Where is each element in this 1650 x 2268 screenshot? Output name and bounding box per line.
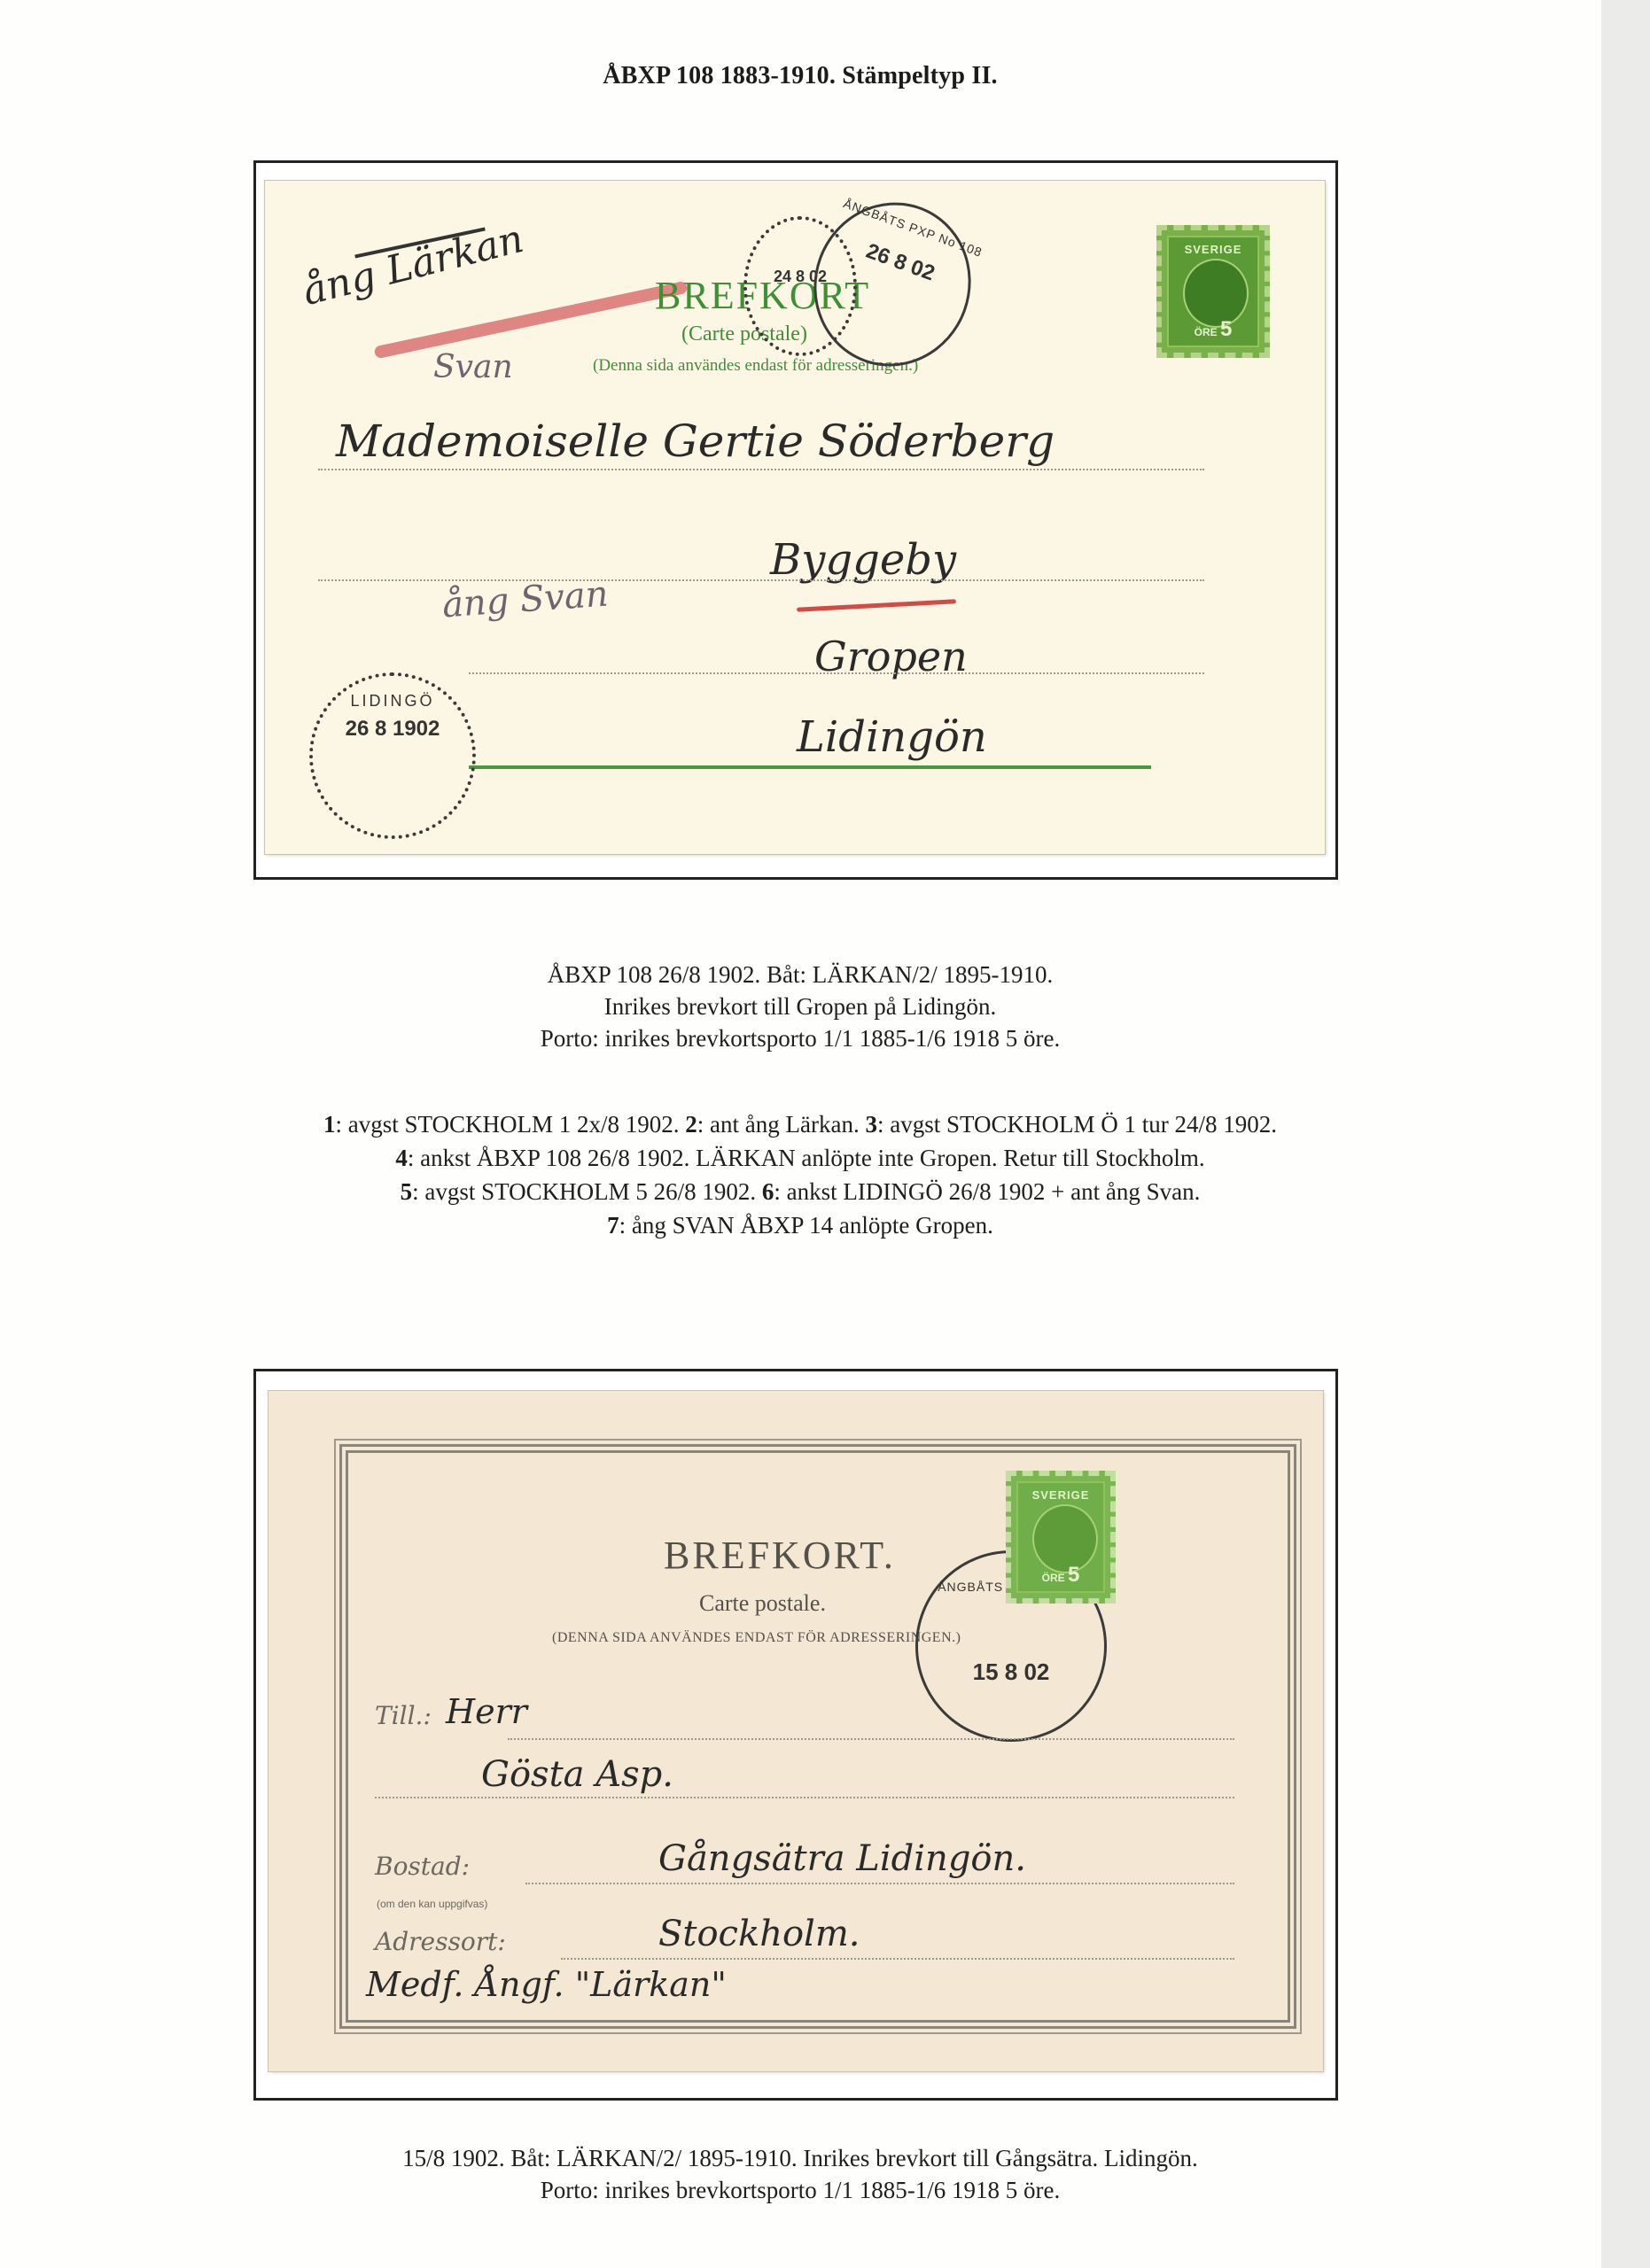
caption-card-1: ÅBXP 108 26/8 1902. Båt: LÄRKAN/2/ 1895-… bbox=[0, 959, 1600, 1054]
notes-line-1: 1: avgst STOCKHOLM 1 2x/8 1902. 2: ant å… bbox=[0, 1107, 1600, 1141]
label-bostad-note: (om den kan uppgifvas) bbox=[377, 1898, 487, 1910]
address-island: Lidingön bbox=[797, 712, 987, 762]
addressee-title: Herr bbox=[446, 1692, 527, 1731]
brefkort-heading-2: BREFKORT. bbox=[664, 1533, 896, 1578]
caption-card-2: 15/8 1902. Båt: LÄRKAN/2/ 1895-1910. Inr… bbox=[0, 2142, 1600, 2206]
address-line-name bbox=[375, 1797, 1234, 1798]
page-title: ÅBXP 108 1883-1910. Stämpeltyp II. bbox=[0, 62, 1600, 90]
caption-2-line-1: 15/8 1902. Båt: LÄRKAN/2/ 1895-1910. Inr… bbox=[0, 2142, 1600, 2174]
addressee-name: Gösta Asp. bbox=[481, 1754, 673, 1795]
pencil-routing-note: ång Svan bbox=[441, 574, 610, 626]
postcard-2: BREFKORT. Carte postale. (DENNA SIDA ANV… bbox=[269, 1391, 1323, 2071]
caption-2-line-2: Porto: inrikes brevkortsporto 1/1 1885-1… bbox=[0, 2174, 1600, 2206]
postcard-1: ång Lärkan Svan BREFKORT (Carte postale)… bbox=[265, 181, 1325, 854]
postmark-lidingo: LIDINGÖ 26 8 1902 bbox=[309, 672, 476, 839]
address-line-2 bbox=[318, 579, 1204, 581]
address-line-3 bbox=[469, 672, 1204, 674]
address-line-till bbox=[508, 1738, 1234, 1740]
label-adressort: Adressort: bbox=[375, 1927, 506, 1956]
caption-1-line-2: Inrikes brevkort till Gropen på Lidingön… bbox=[0, 990, 1600, 1022]
routing-note: Medf. Ångf. "Lärkan" bbox=[366, 1965, 727, 2004]
bostad-value: Gångsätra Lidingön. bbox=[658, 1838, 1026, 1879]
address-line-bostad bbox=[525, 1883, 1234, 1884]
stamp-card1: SVERIGE ÖRE 5 bbox=[1156, 225, 1270, 358]
notes-line-2: 4: ankst ÅBXP 108 26/8 1902. LÄRKAN anlö… bbox=[0, 1141, 1600, 1175]
address-line-adressort bbox=[561, 1958, 1234, 1960]
caption-1-line-1: ÅBXP 108 26/8 1902. Båt: LÄRKAN/2/ 1895-… bbox=[0, 959, 1600, 990]
adressort-value: Stockholm. bbox=[658, 1914, 860, 1954]
scanner-edge bbox=[1601, 0, 1650, 2268]
caption-1-line-3: Porto: inrikes brevkortsporto 1/1 1885-1… bbox=[0, 1022, 1600, 1054]
red-underline bbox=[797, 599, 956, 611]
notes-line-3: 5: avgst STOCKHOLM 5 26/8 1902. 6: ankst… bbox=[0, 1175, 1600, 1208]
addressee: Mademoiselle Gertie Söderberg bbox=[336, 416, 1055, 467]
address-line-1 bbox=[318, 469, 1204, 470]
label-till: Till.: bbox=[375, 1701, 432, 1730]
notes-line-4: 7: ång SVAN ÅBXP 14 anlöpte Gropen. bbox=[0, 1208, 1600, 1242]
stamp-card2: SVERIGE ÖRE 5 bbox=[1006, 1471, 1116, 1604]
label-bostad: Bostad: bbox=[375, 1852, 470, 1881]
route-note-pencil: Svan bbox=[433, 349, 513, 385]
red-crayon-strike bbox=[373, 281, 688, 360]
address-village: Byggeby bbox=[770, 535, 956, 585]
green-rule bbox=[469, 765, 1151, 769]
address-side-note-2: (DENNA SIDA ANVÄNDES ENDAST FÖR ADRESSER… bbox=[552, 1630, 961, 1646]
album-frame-1: ång Lärkan Svan BREFKORT (Carte postale)… bbox=[253, 160, 1338, 880]
route-note-strike: ång Lärkan bbox=[299, 216, 528, 315]
album-frame-2: BREFKORT. Carte postale. (DENNA SIDA ANV… bbox=[253, 1369, 1338, 2101]
carte-postale-label-2: Carte postale. bbox=[699, 1590, 826, 1617]
postmark-notes: 1: avgst STOCKHOLM 1 2x/8 1902. 2: ant å… bbox=[0, 1107, 1600, 1242]
